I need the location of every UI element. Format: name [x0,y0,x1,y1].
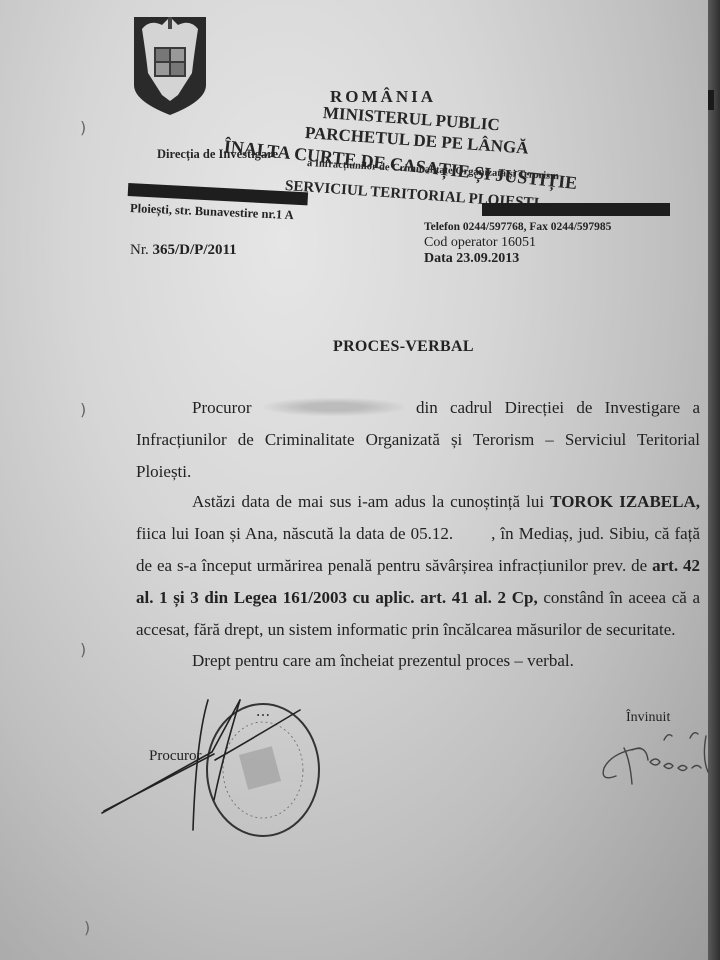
closing-text: Drept pentru care am încheiat prezentul … [192,651,574,670]
prosecutor-label: Procuror [192,398,251,417]
notification-text: fiica lui Ioan și Ana, născută la data d… [136,524,453,543]
document-title: PROCES-VERBAL [333,338,474,356]
contact-block: Telefon 0244/597768, Fax 0244/597985 Cod… [424,220,611,266]
accused-name: TOROK IZABELA, [550,492,700,511]
paragraph-closing: Drept pentru care am încheiat prezentul … [136,645,700,677]
registration-number-value: 365/D/P/2011 [153,242,237,258]
paragraph-prosecutor: Procuror din cadrul Direcției de Investi… [136,392,700,488]
paragraph-notification: Astăzi data de mai sus i-am adus la cuno… [136,486,700,646]
registration-number-label: Nr. [130,242,149,258]
document-date: Data 23.09.2013 [424,252,611,266]
official-stamp-icon: • • • [195,698,325,838]
accused-signature-label: Învinuit [626,710,670,726]
notification-text: Astăzi data de mai sus i-am adus la cuno… [192,492,544,511]
redacted-name [264,398,404,416]
margin-punch-mark: ) [80,400,86,419]
operator-code: Cod operator 16051 [424,236,611,250]
redaction-bar [482,203,670,216]
margin-punch-mark: ) [84,918,90,937]
prosecutor-signature-label: Procuror [149,748,202,765]
margin-punch-mark: ) [80,118,86,137]
svg-text:• • •: • • • [257,711,270,720]
registration-number: Nr. 365/D/P/2011 [130,242,237,259]
coat-of-arms-icon [132,15,208,117]
header-directorate-prefix: Direcția de Investigare [157,147,278,162]
margin-punch-mark: ) [80,640,86,659]
page-edge-shadow [708,0,720,960]
phone-fax: Telefon 0244/597768, Fax 0244/597985 [424,220,611,234]
